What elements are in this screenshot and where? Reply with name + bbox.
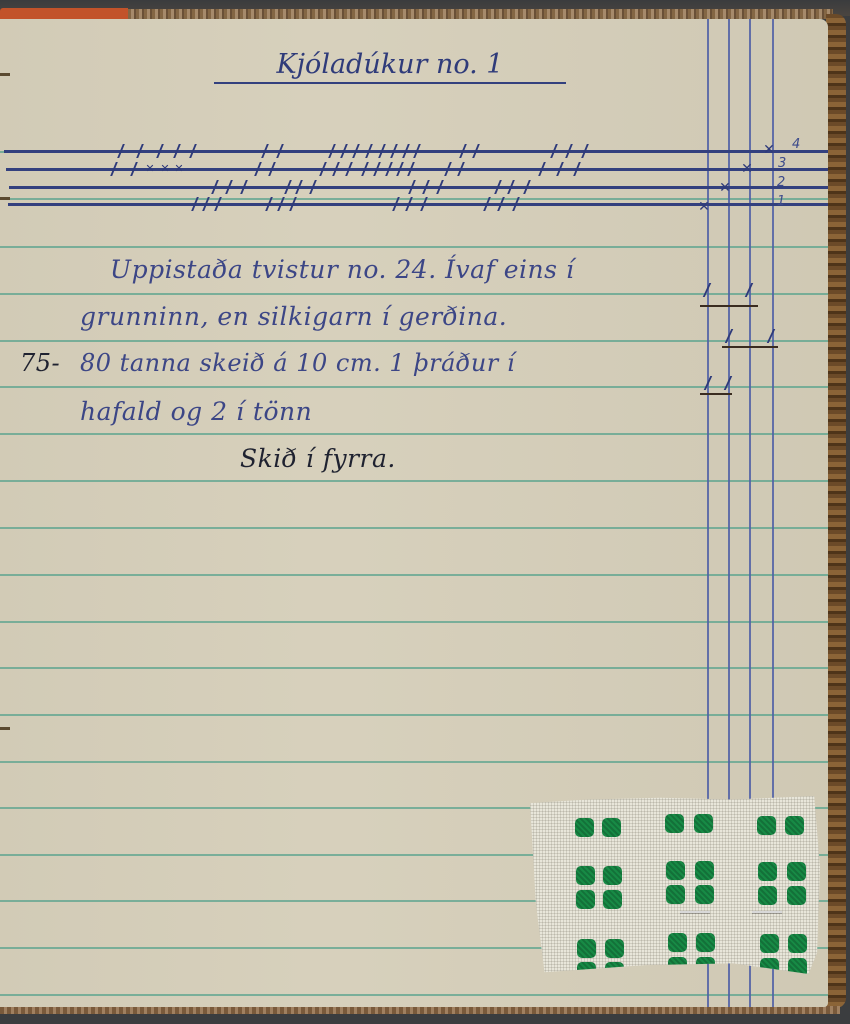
pin (752, 911, 782, 913)
page-edge-right (826, 14, 846, 1008)
shaft-number-4: 4 (792, 137, 800, 152)
green-block (696, 957, 715, 976)
green-block (577, 939, 596, 958)
tieup-x-mark-2: ✕ (718, 181, 732, 195)
binder-mark (0, 727, 10, 730)
green-block (760, 934, 779, 953)
notebook-page: Kjóladúkur no. 1 ✕ ✕ ✕ (0, 19, 828, 1007)
draft-line-shaft-3 (6, 168, 828, 171)
binder-mark (0, 197, 10, 200)
green-block (605, 939, 624, 958)
green-block (666, 885, 685, 904)
green-block (603, 866, 622, 885)
ruled-line (0, 761, 828, 763)
green-block (695, 861, 714, 880)
tieup-x-mark-1: ✕ (697, 200, 711, 214)
thread-cross-mark: ✕ (172, 162, 186, 176)
green-block (787, 862, 806, 881)
green-block (576, 890, 595, 909)
treadle-underline (700, 305, 758, 307)
green-block (575, 818, 594, 837)
ruled-line (0, 667, 828, 669)
ruled-line (0, 480, 828, 482)
page-title: Kjóladúkur no. 1 (214, 49, 566, 84)
note-line-4: hafald og 2 í tönn (80, 397, 312, 426)
ruled-line (0, 714, 828, 716)
note-line-5: Skið í fyrra. (240, 444, 396, 473)
green-block (668, 933, 687, 952)
green-block (758, 862, 777, 881)
draft-line-shaft-2 (9, 186, 828, 189)
green-block (665, 814, 684, 833)
thread-cross-mark: ✕ (158, 162, 172, 176)
note-line-1: Uppistaða tvistur no. 24. Ívaf eins í (110, 255, 574, 284)
green-block (602, 818, 621, 837)
treadle-underline (700, 393, 732, 395)
ruled-line (0, 994, 828, 996)
green-block (696, 933, 715, 952)
ruled-line (0, 621, 828, 623)
green-block (787, 886, 806, 905)
shaft-number-3: 3 (778, 156, 786, 171)
ruled-line (0, 574, 828, 576)
ruled-line (0, 527, 828, 529)
tieup-x-mark-3: ✕ (740, 162, 754, 176)
green-block (603, 890, 622, 909)
green-block (758, 886, 777, 905)
green-block (577, 962, 596, 981)
green-block (788, 958, 807, 977)
green-block (576, 866, 595, 885)
green-block (668, 957, 687, 976)
green-block (666, 861, 685, 880)
thread-cross-mark: ✕ (143, 162, 157, 176)
page-edge-top (128, 9, 833, 19)
green-block (694, 814, 713, 833)
green-block (695, 885, 714, 904)
green-block (757, 816, 776, 835)
ruled-line (0, 246, 828, 248)
treadle-underline (722, 346, 778, 348)
ruled-line (0, 433, 828, 435)
note-line-3: 80 tanna skeið á 10 cm. 1 þráður í (80, 349, 515, 377)
shaft-number-2: 2 (777, 175, 785, 190)
green-block (785, 816, 804, 835)
binder-mark (0, 73, 10, 76)
green-block (605, 962, 624, 981)
green-block (760, 958, 779, 977)
fabric-sample (530, 796, 820, 974)
ruled-line (0, 340, 828, 342)
tieup-x-mark-4: ✕ (762, 143, 776, 157)
note-line-2: grunninn, en silkigarn í gerðina. (80, 302, 507, 331)
page-edge-bottom (0, 1006, 840, 1014)
shaft-number-1: 1 (777, 194, 785, 209)
note-line-3-prefix: 75- (20, 349, 60, 377)
green-block (788, 934, 807, 953)
pin (680, 911, 710, 913)
